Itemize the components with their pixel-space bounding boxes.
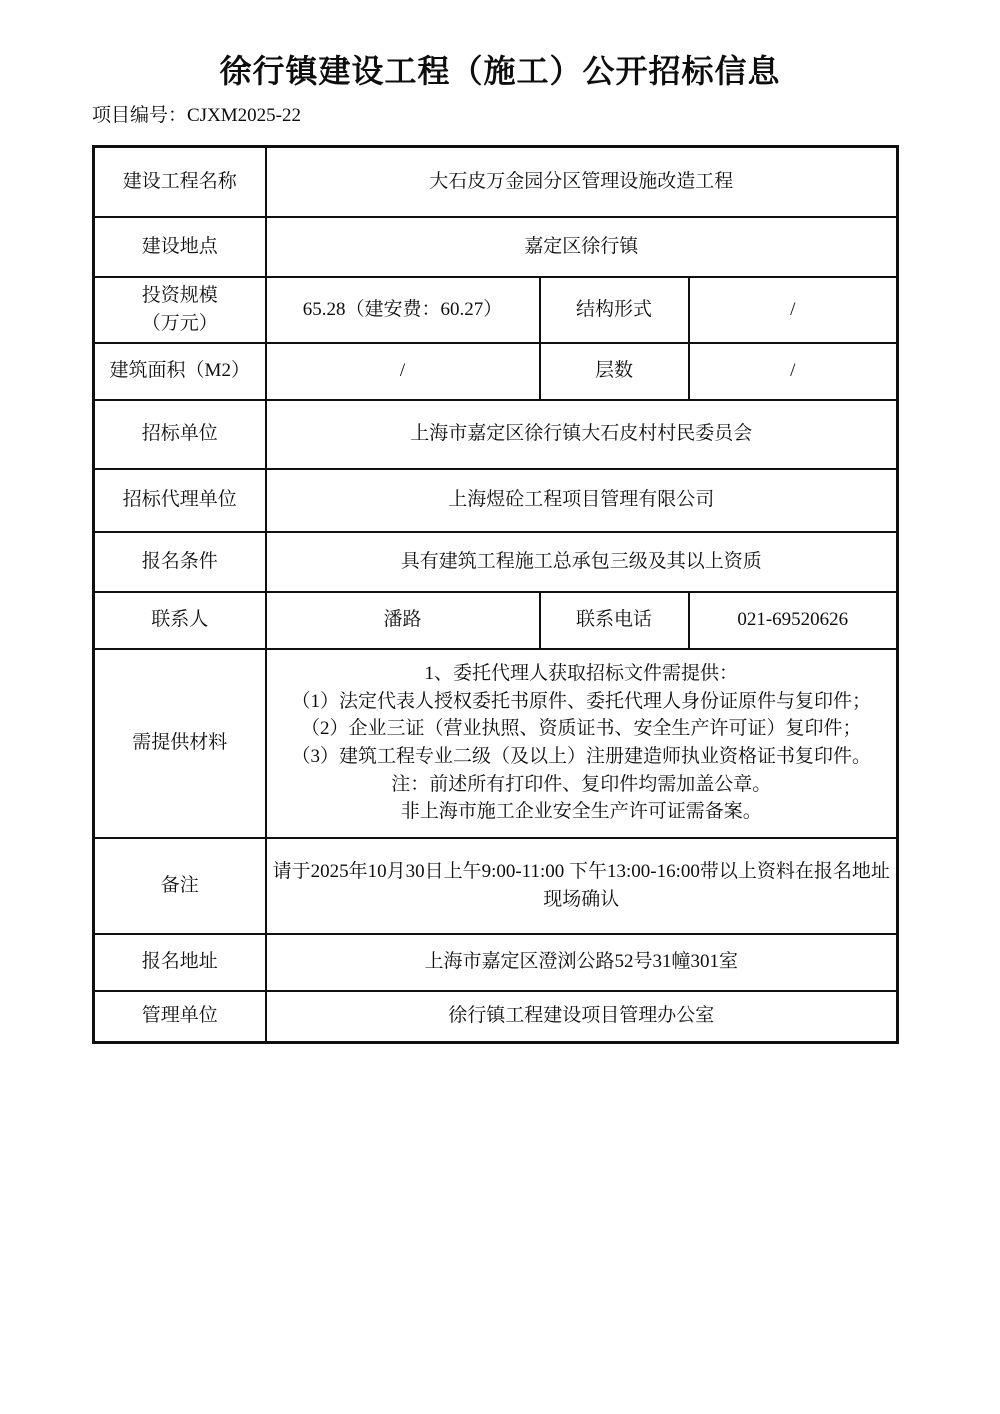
row-registration-condition: 报名条件 具有建筑工程施工总承包三级及其以上资质 [94,532,898,592]
contact-person-label-cell: 联系人 [94,592,266,649]
investment-label-cell: 投资规模 （万元） [94,277,266,343]
row-area-floors: 建筑面积（M2） / 层数 / [94,343,898,400]
tender-agency-label-cell: 招标代理单位 [94,469,266,532]
floor-area-value-cell: / [266,343,540,400]
row-required-materials: 需提供材料 1、委托代理人获取招标文件需提供： （1）法定代表人授权委托书原件、… [94,649,898,838]
remarks-label-cell: 备注 [94,838,266,934]
floors-value-cell: / [689,343,898,400]
row-remarks: 备注 请于2025年10月30日上午9:00-11:00 下午13:00-16:… [94,838,898,934]
registration-condition-label-cell: 报名条件 [94,532,266,592]
project-name-label-cell: 建设工程名称 [94,147,266,217]
structure-label-cell: 结构形式 [540,277,689,343]
row-project-name: 建设工程名称 大石皮万金园分区管理设施改造工程 [94,147,898,217]
management-unit-label-cell: 管理单位 [94,991,266,1043]
location-label-cell: 建设地点 [94,217,266,277]
row-location: 建设地点 嘉定区徐行镇 [94,217,898,277]
row-contact: 联系人 潘路 联系电话 021-69520626 [94,592,898,649]
registration-condition-value-cell: 具有建筑工程施工总承包三级及其以上资质 [266,532,898,592]
bidding-info-table: 建设工程名称 大石皮万金园分区管理设施改造工程 建设地点 嘉定区徐行镇 投资规模… [92,145,899,1044]
management-unit-value-cell: 徐行镇工程建设项目管理办公室 [266,991,898,1043]
row-investment-structure: 投资规模 （万元） 65.28（建安费：60.27） 结构形式 / [94,277,898,343]
contact-phone-value-cell: 021-69520626 [689,592,898,649]
contact-person-value-cell: 潘路 [266,592,540,649]
row-registration-address: 报名地址 上海市嘉定区澄浏公路52号31幢301室 [94,934,898,991]
remarks-value-cell: 请于2025年10月30日上午9:00-11:00 下午13:00-16:00带… [266,838,898,934]
row-tender-agency: 招标代理单位 上海煜砼工程项目管理有限公司 [94,469,898,532]
structure-value-cell: / [689,277,898,343]
project-number: 项目编号：CJXM2025-22 [92,100,1000,127]
tender-agency-value-cell: 上海煜砼工程项目管理有限公司 [266,469,898,532]
page-title: 徐行镇建设工程（施工）公开招标信息 [0,0,1000,92]
location-value-cell: 嘉定区徐行镇 [266,217,898,277]
document-page: 徐行镇建设工程（施工）公开招标信息 项目编号：CJXM2025-22 建设工程名… [0,0,1000,1414]
investment-value-cell: 65.28（建安费：60.27） [266,277,540,343]
row-tender-unit: 招标单位 上海市嘉定区徐行镇大石皮村村民委员会 [94,400,898,469]
project-name-value-cell: 大石皮万金园分区管理设施改造工程 [266,147,898,217]
floors-label-cell: 层数 [540,343,689,400]
floor-area-label-cell: 建筑面积（M2） [94,343,266,400]
tender-unit-value-cell: 上海市嘉定区徐行镇大石皮村村民委员会 [266,400,898,469]
registration-address-label-cell: 报名地址 [94,934,266,991]
required-materials-label-cell: 需提供材料 [94,649,266,838]
contact-phone-label-cell: 联系电话 [540,592,689,649]
required-materials-value-cell: 1、委托代理人获取招标文件需提供： （1）法定代表人授权委托书原件、委托代理人身… [266,649,898,838]
row-management-unit: 管理单位 徐行镇工程建设项目管理办公室 [94,991,898,1043]
registration-address-value-cell: 上海市嘉定区澄浏公路52号31幢301室 [266,934,898,991]
tender-unit-label-cell: 招标单位 [94,400,266,469]
